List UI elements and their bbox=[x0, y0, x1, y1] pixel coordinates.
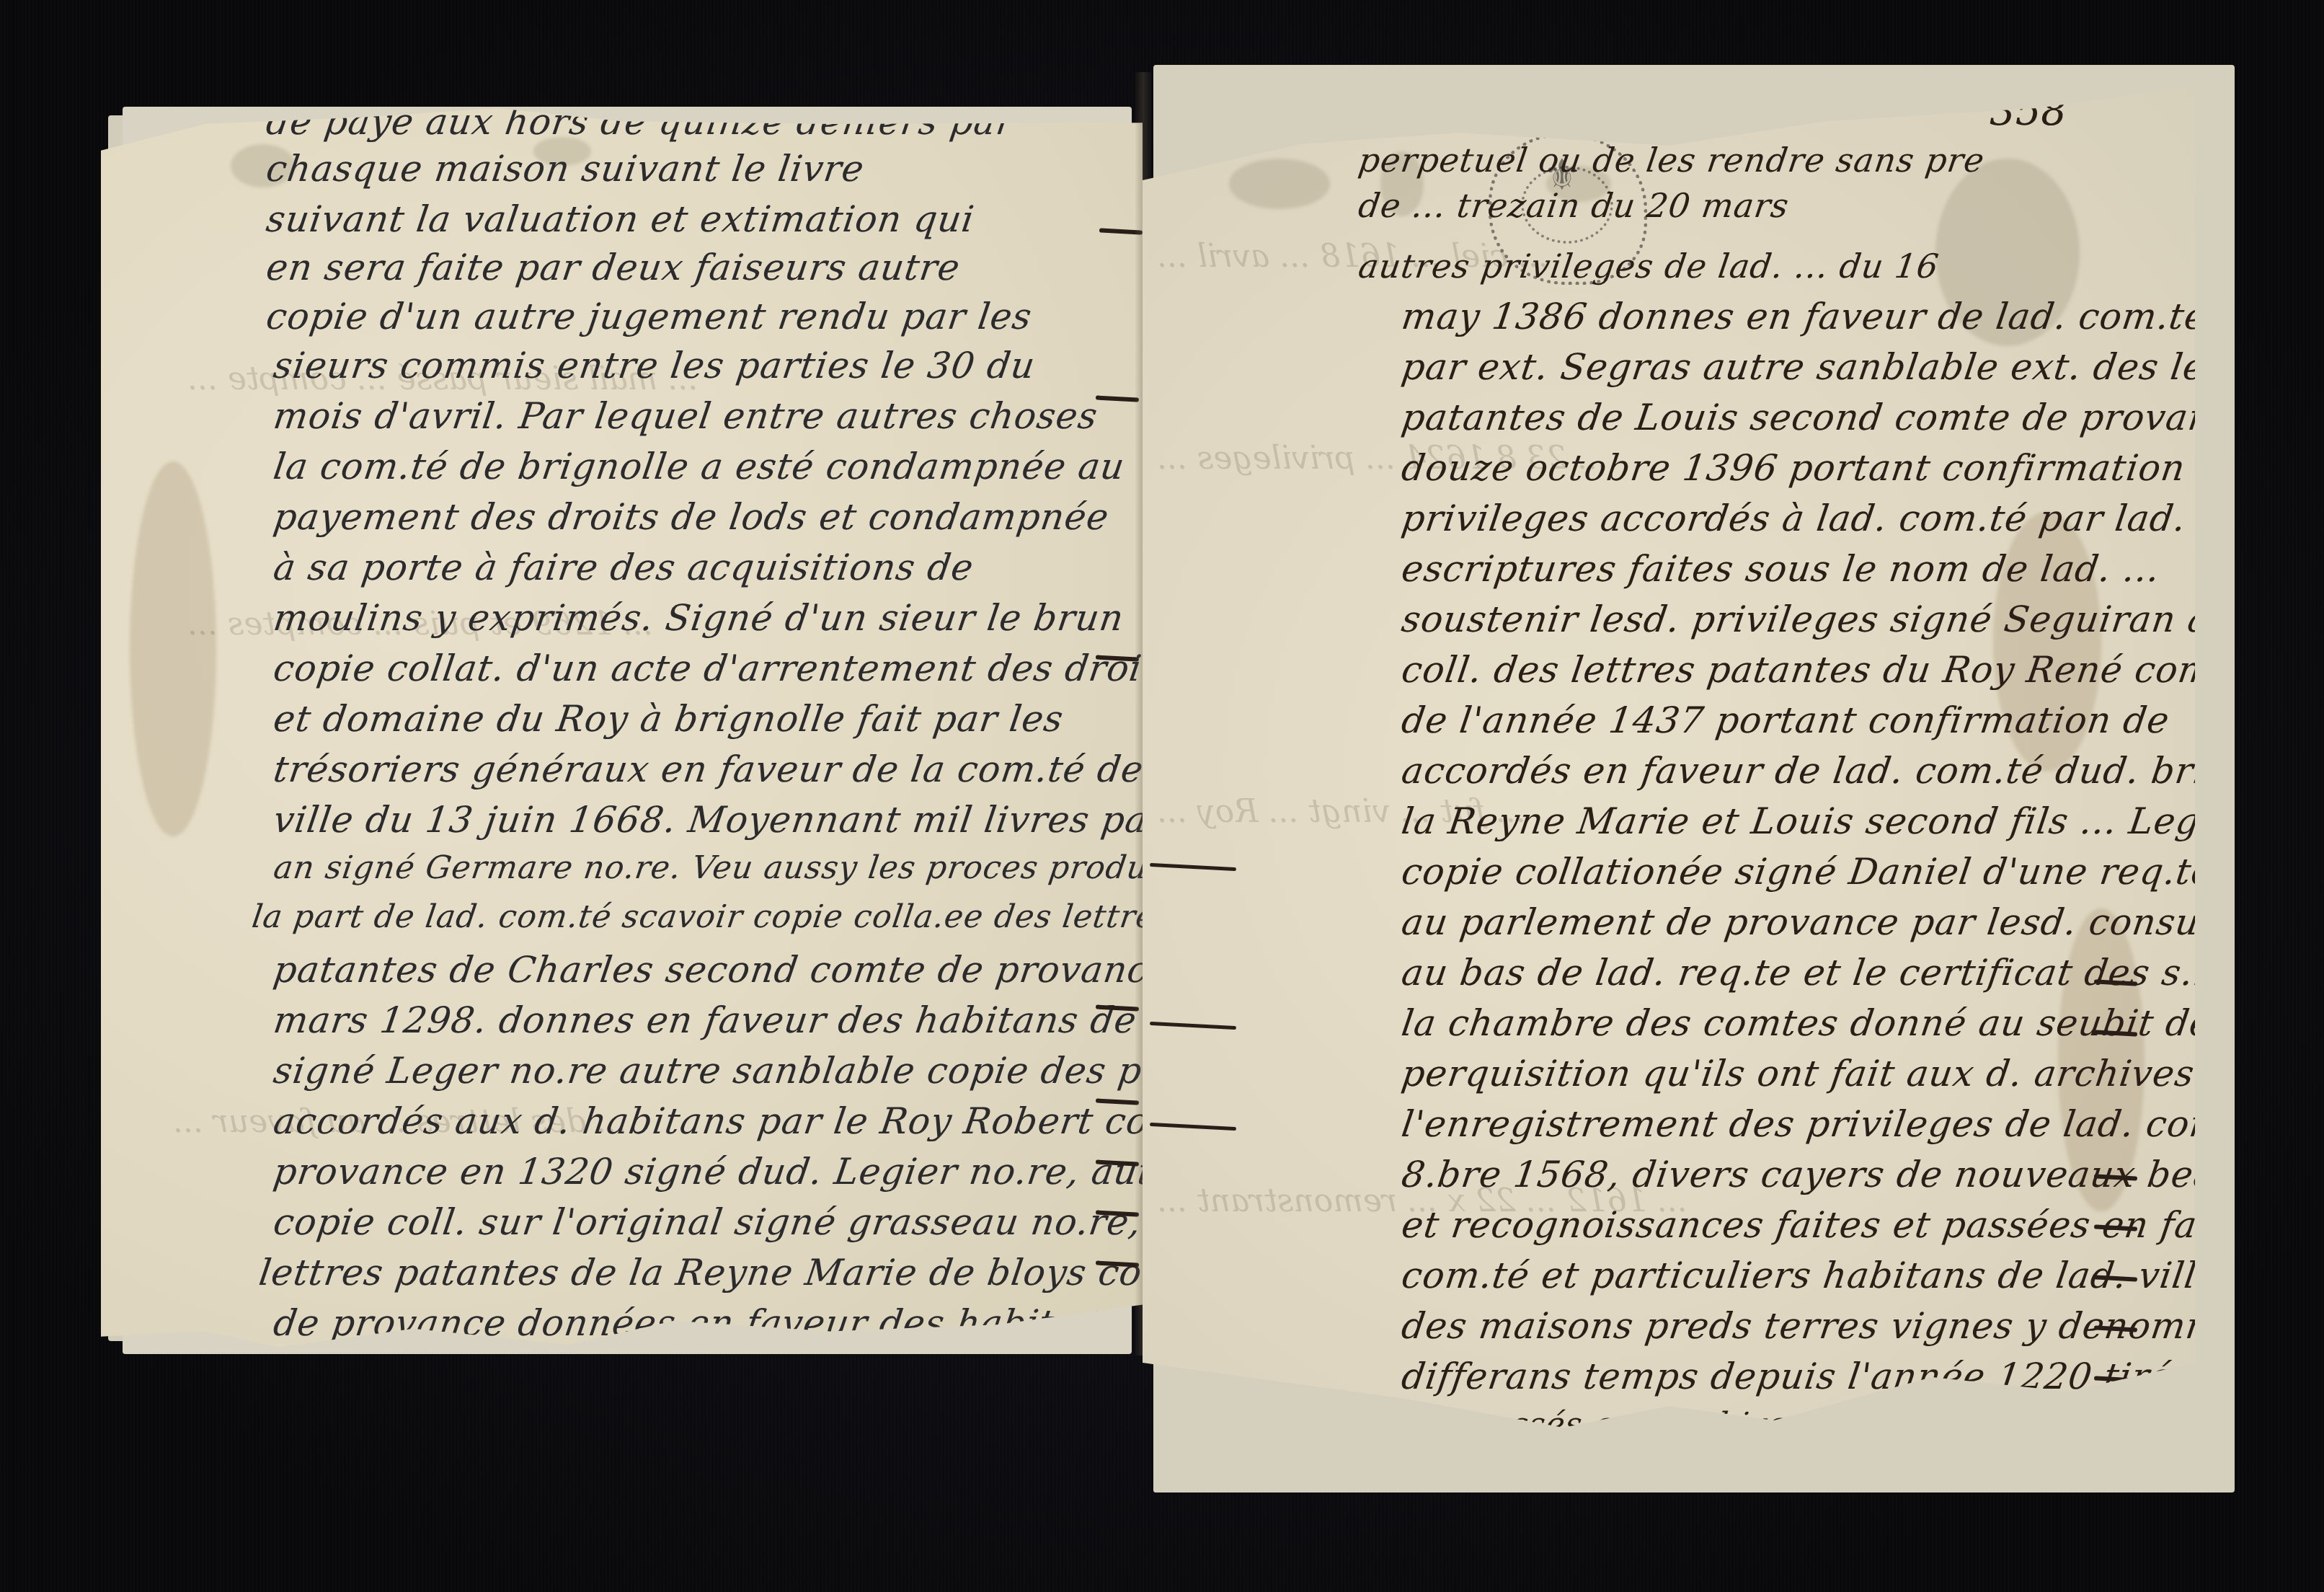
line-filler-dash bbox=[1096, 395, 1139, 402]
manuscript-line: ville du 13 juin 1668. Moyennant mil liv… bbox=[271, 799, 1143, 841]
foxing-stain bbox=[130, 461, 216, 836]
manuscript-line: en sera faite par deux faiseurs autre bbox=[264, 247, 963, 288]
manuscript-line: privileges accordés à lad. com.té par la… bbox=[1399, 497, 2195, 539]
manuscript-line: accordés en faveur de lad. com.té dud. b… bbox=[1399, 750, 2195, 792]
manuscript-line: de l'année 1437 portant confirmation de bbox=[1399, 699, 2173, 741]
manuscript-line: au parlement de provance par lesd. consu… bbox=[1399, 901, 2195, 943]
water-stain bbox=[1229, 159, 1330, 209]
manuscript-line: trésoriers généraux en faveur de la com.… bbox=[271, 748, 1143, 790]
manuscript-line: patantes de Louis second comte de provan… bbox=[1399, 397, 2195, 438]
manuscript-line: accordés aux d. habitans par le Roy Robe… bbox=[271, 1100, 1143, 1142]
manuscript-line: copie collationée signé Daniel d'une req… bbox=[1399, 851, 2195, 893]
manuscript-line: soustenir lesd. privileges signé Seguira… bbox=[1399, 598, 2195, 640]
manuscript-line: de ... trezain du 20 mars bbox=[1356, 186, 1791, 225]
manuscript-line: moulins y exprimés. Signé d'un sieur le … bbox=[271, 597, 1127, 639]
manuscript-line: et domaine du Roy à brignolle fait par l… bbox=[271, 698, 1066, 740]
manuscript-line: au bas de lad. req.te et le certificat d… bbox=[1399, 952, 2195, 994]
manuscript-line: par ext. Segras autre sanblable ext. des… bbox=[1399, 346, 2195, 388]
manuscript-line: perquisition qu'ils ont fait aux d. arch… bbox=[1399, 1053, 2195, 1094]
manuscript-line: copie d'un autre jugement rendu par les bbox=[264, 296, 1034, 337]
line-filler-dash bbox=[1150, 863, 1236, 871]
manuscript-line: provance en 1320 signé dud. Legier no.re… bbox=[271, 1151, 1143, 1193]
manuscript-line: autres privileges de lad. ... du 16 bbox=[1356, 247, 1941, 286]
manuscript-line: douze octobre 1396 portant confirmation bbox=[1399, 447, 2188, 489]
manuscript-line: coll. des lettres patantes du Roy René c… bbox=[1399, 649, 2195, 691]
manuscript-line: perpetuel ou de les rendre sans pre bbox=[1356, 141, 1987, 180]
line-filler-dash bbox=[1150, 1123, 1236, 1131]
manuscript-line: an signé Germare no.re. Veu aussy les pr… bbox=[271, 849, 1143, 886]
manuscript-line: suivant la valuation et extimation qui bbox=[264, 198, 977, 240]
manuscript-line: mars 1298. donnes en faveur des habitans… bbox=[271, 999, 1143, 1041]
left-page: ... mail sieur passé ... compte ... ... … bbox=[101, 58, 1143, 1384]
manuscript-line: payement des droits de lods et condampné… bbox=[271, 496, 1112, 538]
manuscript-line: copie coll. sur l'original signé grassea… bbox=[271, 1201, 1143, 1243]
manuscript-line: l'enregistrement des privileges de lad. … bbox=[1399, 1103, 2195, 1145]
manuscript-line: mois d'avril. Par lequel entre autres ch… bbox=[271, 395, 1101, 437]
manuscript-line: chasque maison suivant le livre bbox=[264, 148, 867, 190]
manuscript-line: may 1386 donnes en faveur de lad. com.té… bbox=[1399, 296, 2195, 337]
manuscript-line: la chambre des comtes donné au seubit de… bbox=[1399, 1002, 2195, 1044]
manuscript-line: copie collat. d'un acte d'arrentement de… bbox=[271, 647, 1143, 689]
manuscript-line: com.té et particuliers habitans de lad. … bbox=[1399, 1255, 2195, 1296]
manuscript-line: la com.té de brignolle a esté condampnée… bbox=[271, 446, 1127, 487]
manuscript-line: à sa porte à faire des acquisitions de bbox=[271, 547, 977, 588]
manuscript-line: et recognoissances faites et passées en … bbox=[1399, 1204, 2195, 1246]
manuscript-line: des maisons preds terres vignes y denomm… bbox=[1399, 1305, 2195, 1347]
manuscript-line: signé Leger no.re autre sanblable copie … bbox=[271, 1050, 1143, 1092]
manuscript-line: sieurs commis entre les parties le 30 du bbox=[271, 345, 1038, 386]
manuscript-line: lettres patantes de la Reyne Marie de bl… bbox=[257, 1252, 1143, 1293]
right-page: ... ciel ... 1618 ... avril ... ... 23 8… bbox=[1143, 50, 2195, 1492]
manuscript-line: la Reyne Marie et Louis second fils ... … bbox=[1399, 800, 2195, 842]
manuscript-line: la part de lad. com.té scavoir copie col… bbox=[249, 898, 1143, 935]
line-filler-dash bbox=[1150, 1022, 1236, 1030]
manuscript-line: patantes de Charles second comte de prov… bbox=[271, 949, 1143, 991]
manuscript-line: escriptures faites sous le nom de lad. .… bbox=[1399, 548, 2163, 590]
manuscript-line: 8.bre 1568, divers cayers de nouveaux be… bbox=[1399, 1154, 2195, 1195]
